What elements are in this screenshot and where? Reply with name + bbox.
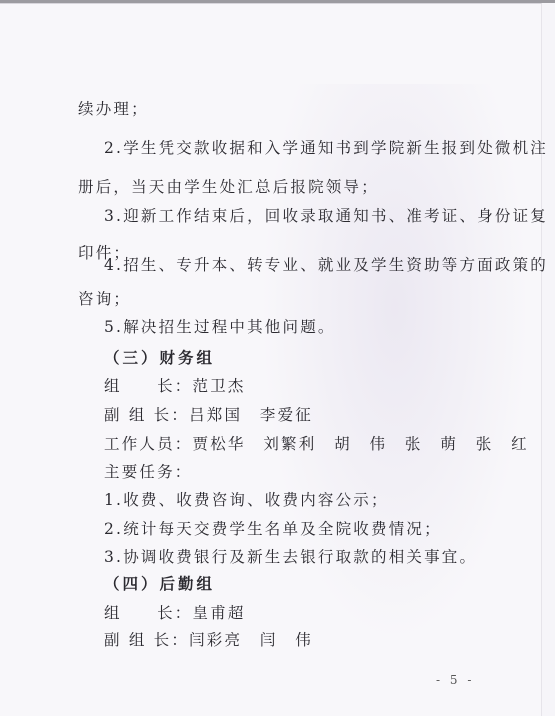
- finance-task: 3.协调收费银行及新生去银行取款的相关事宜。: [104, 545, 477, 567]
- logistics-leader: 组 长：皇甫超: [104, 601, 246, 623]
- text-line: 续办理；: [78, 97, 149, 119]
- deputy-names: 闫彩亮 闫 伟: [189, 631, 313, 649]
- finance-task: 2.统计每天交费学生名单及全院收费情况；: [104, 517, 442, 539]
- text-line: 册后，当天由学生处汇总后报院领导；: [78, 175, 379, 197]
- finance-deputies: 副 组 长：吕郑国 李爱征: [104, 403, 313, 425]
- deputy-names: 吕郑国 李爱征: [189, 406, 313, 424]
- text-line: 咨询；: [78, 287, 131, 309]
- text-line: 5.解决招生过程中其他问题。: [104, 315, 336, 337]
- leader-label: 组 长：: [104, 604, 193, 622]
- leader-name: 范卫杰: [193, 377, 246, 395]
- text-line: 3.迎新工作结束后，回收录取通知书、准考证、身份证复: [104, 204, 548, 226]
- finance-tasks-label: 主要任务：: [104, 460, 193, 482]
- section-heading-logistics: （四）后勤组: [104, 572, 215, 594]
- text-line: 2.学生凭交款收据和入学通知书到学院新生报到处微机注: [104, 136, 548, 158]
- page-number: - 5 -: [436, 673, 474, 687]
- finance-leader: 组 长：范卫杰: [104, 374, 246, 396]
- logistics-deputies: 副 组 长：闫彩亮 闫 伟: [104, 628, 313, 650]
- leader-label: 组 长：: [104, 377, 193, 395]
- section-heading-finance: （三）财务组: [104, 346, 215, 368]
- deputy-label: 副 组 长：: [104, 406, 189, 424]
- text-line: 4.招生、专升本、转专业、就业及学生资助等方面政策的: [104, 253, 548, 275]
- staff-names: 贾松华 刘繁利 胡 伟 张 萌 张 红: [193, 435, 529, 453]
- document-page: 续办理； 2.学生凭交款收据和入学通知书到学院新生报到处微机注 册后，当天由学生…: [0, 3, 542, 716]
- finance-staff: 工作人员：贾松华 刘繁利 胡 伟 张 萌 张 红: [104, 432, 529, 454]
- finance-task: 1.收费、收费咨询、收费内容公示；: [104, 488, 389, 510]
- leader-name: 皇甫超: [193, 604, 246, 622]
- deputy-label: 副 组 长：: [104, 631, 189, 649]
- staff-label: 工作人员：: [104, 435, 193, 453]
